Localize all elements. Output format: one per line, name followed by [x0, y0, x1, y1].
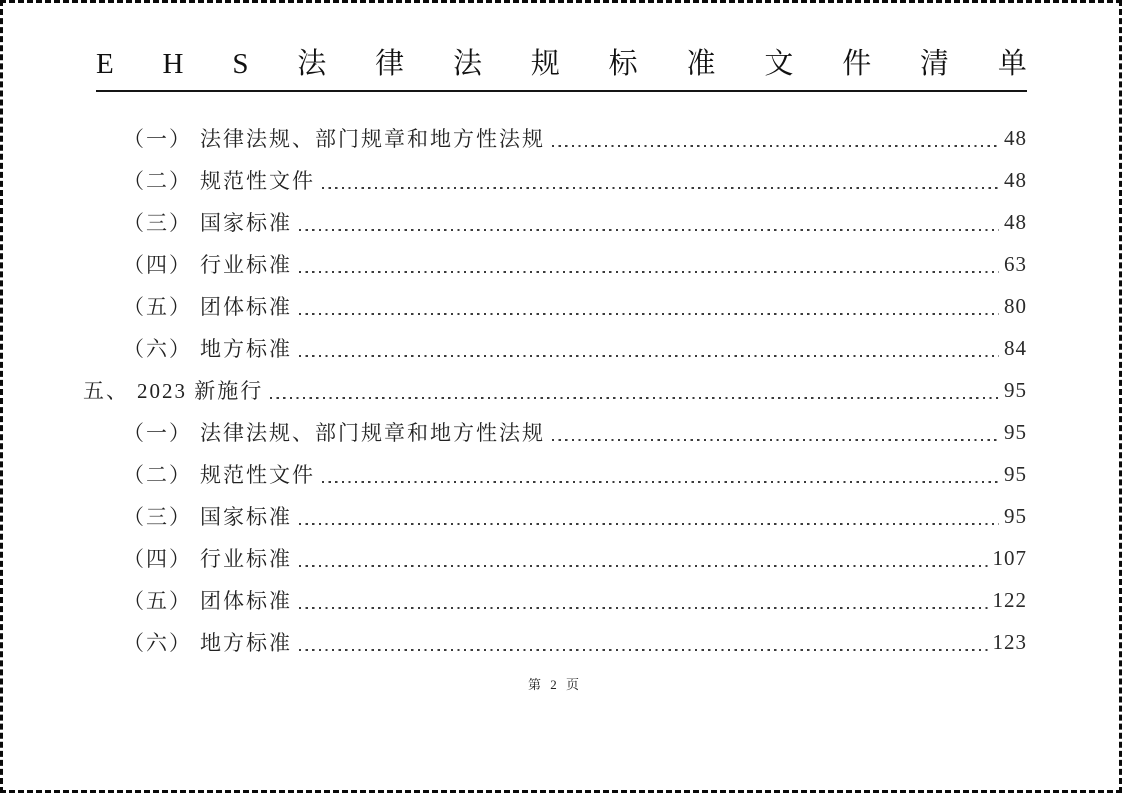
toc-entry[interactable]: （五）团体标准122 — [83, 579, 1027, 621]
toc-entry[interactable]: （三）国家标准95 — [83, 495, 1027, 537]
toc-entry-label: （六）地方标准 — [123, 333, 292, 363]
toc-entry-number: （六） — [123, 337, 192, 361]
toc-entry[interactable]: 五、2023 新施行95 — [83, 369, 1027, 411]
toc-entry-text: 国家标准 — [200, 211, 292, 235]
toc-entry-number: （五） — [123, 295, 192, 319]
toc-entry-label: （四）行业标准 — [123, 249, 292, 279]
toc-entry[interactable]: （六）地方标准84 — [83, 327, 1027, 369]
toc-entry-page: 48 — [1004, 168, 1027, 193]
toc-entry-number: （一） — [123, 127, 192, 151]
dot-leader — [552, 439, 999, 441]
toc-entry-number: （三） — [123, 211, 192, 235]
toc-entry-label: （五）团体标准 — [123, 291, 292, 321]
toc-entry[interactable]: （五）团体标准80 — [83, 285, 1027, 327]
toc-entry-label: （二）规范性文件 — [123, 459, 315, 489]
toc-entry-label: （三）国家标准 — [123, 501, 292, 531]
toc-entry[interactable]: （二）规范性文件95 — [83, 453, 1027, 495]
toc-entry-number: （二） — [123, 169, 192, 193]
title-char: 法 — [453, 47, 482, 81]
toc-entry-text: 地方标准 — [200, 337, 292, 361]
toc-entry-page: 84 — [1004, 336, 1027, 361]
dot-leader — [299, 271, 999, 273]
toc-entry-text: 规范性文件 — [200, 169, 315, 193]
toc-entry-number: （三） — [123, 505, 192, 529]
toc-entry-label: （一）法律法规、部门规章和地方性法规 — [123, 123, 545, 153]
toc-list: （一）法律法规、部门规章和地方性法规48（二）规范性文件48（三）国家标准48（… — [83, 117, 1027, 663]
title-char: 文 — [764, 47, 793, 81]
toc-entry[interactable]: （一）法律法规、部门规章和地方性法规95 — [83, 411, 1027, 453]
toc-entry-text: 国家标准 — [200, 505, 292, 529]
title-char: 清 — [920, 47, 949, 81]
dot-leader — [299, 355, 999, 357]
toc-entry-page: 107 — [993, 546, 1028, 571]
dot-leader — [299, 229, 999, 231]
toc-entry-page: 95 — [1004, 504, 1027, 529]
dot-leader — [322, 187, 999, 189]
title-char: 法 — [297, 47, 326, 81]
dot-leader — [299, 523, 999, 525]
toc-entry-page: 123 — [993, 630, 1028, 655]
dot-leader — [299, 607, 988, 609]
title-char: H — [163, 47, 184, 81]
toc-entry-text: 法律法规、部门规章和地方性法规 — [200, 421, 545, 445]
toc-entry[interactable]: （三）国家标准48 — [83, 201, 1027, 243]
page-footer: 第 2 页 — [83, 674, 1027, 693]
toc-entry-text: 团体标准 — [200, 589, 292, 613]
toc-entry-text: 地方标准 — [200, 631, 292, 655]
toc-entry-text: 2023 新施行 — [137, 379, 263, 403]
toc-entry-label: （六）地方标准 — [123, 627, 292, 657]
toc-entry-number: （一） — [123, 421, 192, 445]
toc-entry-label: 五、2023 新施行 — [83, 375, 263, 405]
title-char: 规 — [531, 47, 560, 81]
title-char: 标 — [609, 47, 638, 81]
toc-entry[interactable]: （四）行业标准107 — [83, 537, 1027, 579]
dot-leader — [270, 397, 999, 399]
toc-entry[interactable]: （一）法律法规、部门规章和地方性法规48 — [83, 117, 1027, 159]
dot-leader — [299, 649, 988, 651]
toc-entry-number: 五、 — [83, 379, 129, 403]
page-number-label: 第 2 页 — [528, 677, 582, 692]
toc-entry-number: （四） — [123, 547, 192, 571]
toc-entry-label: （五）团体标准 — [123, 585, 292, 615]
toc-entry-page: 95 — [1004, 462, 1027, 487]
toc-entry-label: （二）规范性文件 — [123, 165, 315, 195]
toc-entry-text: 行业标准 — [200, 547, 292, 571]
toc-entry[interactable]: （四）行业标准63 — [83, 243, 1027, 285]
dot-leader — [299, 565, 988, 567]
toc-entry-page: 80 — [1004, 294, 1027, 319]
toc-entry-number: （六） — [123, 631, 192, 655]
document-page: EHS法律法规标准文件清单 （一）法律法规、部门规章和地方性法规48（二）规范性… — [0, 0, 1122, 793]
title-char: E — [96, 47, 114, 81]
title-block: EHS法律法规标准文件清单 — [96, 47, 1027, 92]
title-char: 律 — [375, 47, 404, 81]
toc-entry-label: （一）法律法规、部门规章和地方性法规 — [123, 417, 545, 447]
toc-entry-label: （四）行业标准 — [123, 543, 292, 573]
toc-entry-page: 63 — [1004, 252, 1027, 277]
toc-entry[interactable]: （二）规范性文件48 — [83, 159, 1027, 201]
toc-entry-text: 行业标准 — [200, 253, 292, 277]
toc-entry-page: 122 — [993, 588, 1028, 613]
toc-entry-number: （四） — [123, 253, 192, 277]
page-title: EHS法律法规标准文件清单 — [96, 47, 1027, 81]
dot-leader — [299, 313, 999, 315]
toc-entry-text: 法律法规、部门规章和地方性法规 — [200, 127, 545, 151]
title-char: 准 — [687, 47, 716, 81]
toc-entry-text: 规范性文件 — [200, 463, 315, 487]
toc-entry-number: （五） — [123, 589, 192, 613]
toc-entry-text: 团体标准 — [200, 295, 292, 319]
toc-entry-page: 95 — [1004, 378, 1027, 403]
dot-leader — [322, 481, 999, 483]
toc-entry-page: 48 — [1004, 210, 1027, 235]
title-char: 件 — [842, 47, 871, 81]
title-char: 单 — [998, 47, 1027, 81]
toc-entry-number: （二） — [123, 463, 192, 487]
toc-entry[interactable]: （六）地方标准123 — [83, 621, 1027, 663]
toc-entry-page: 95 — [1004, 420, 1027, 445]
toc-entry-label: （三）国家标准 — [123, 207, 292, 237]
title-char: S — [232, 47, 248, 81]
toc-entry-page: 48 — [1004, 126, 1027, 151]
dot-leader — [552, 145, 999, 147]
